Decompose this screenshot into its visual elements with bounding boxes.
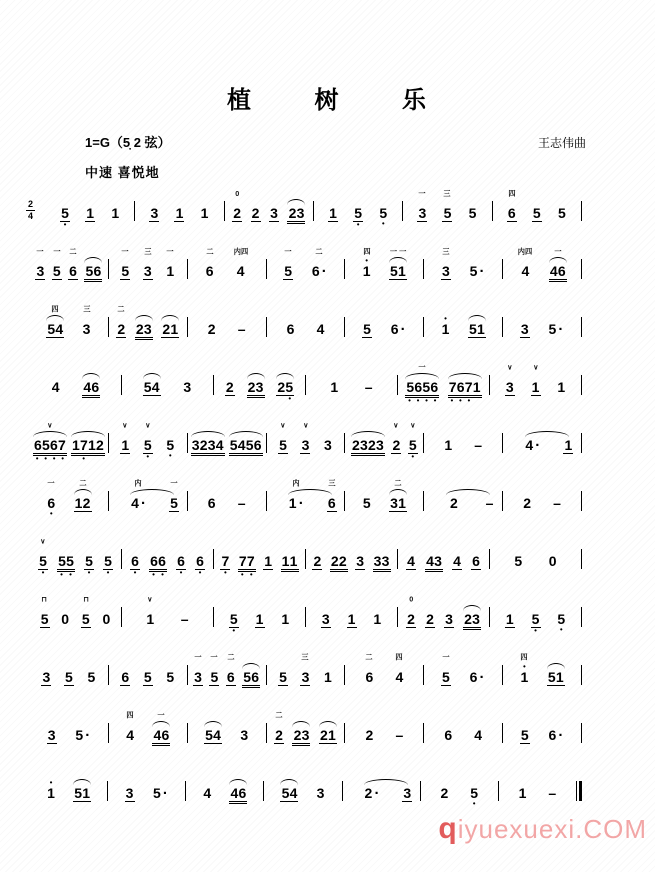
- annotation-mark: [241, 479, 243, 489]
- lower-row: [505, 396, 515, 403]
- note-token: ⊓5: [80, 594, 92, 635]
- annotation-mark: [471, 595, 473, 605]
- note-token: 02: [405, 594, 417, 635]
- measure: 四6 5 5: [493, 188, 581, 229]
- lower-row: [507, 222, 517, 229]
- note-token: 43: [424, 536, 444, 579]
- note-digits: 1: [46, 785, 56, 801]
- octave-dot: •: [448, 398, 456, 404]
- note-token: 5: [519, 710, 531, 751]
- annotation-mark: [169, 421, 171, 431]
- lower-row: [281, 572, 299, 579]
- note-token: 4: [405, 536, 417, 577]
- note-token: 二6: [363, 652, 375, 692]
- note-token: 5•: [530, 594, 542, 635]
- lower-row: [319, 744, 337, 751]
- composer-credit: 王志伟曲: [538, 134, 586, 151]
- lower-row: [274, 744, 284, 751]
- annotation-mark: [366, 479, 368, 489]
- note-digits: 2: [312, 553, 322, 570]
- measure: 内4·一5: [109, 478, 187, 519]
- score-line: ∨5• 55•• 5• 5• 6• 66•• 6• 6• 7• 77•• 1 1…: [30, 536, 582, 576]
- octave-dot: •: [354, 222, 362, 228]
- annotation-mark: 三: [144, 247, 151, 257]
- annotation-mark: [477, 711, 479, 721]
- slur-arc: [364, 779, 408, 785]
- annotation-mark: [320, 769, 322, 779]
- measure: 5 0: [490, 536, 581, 576]
- note-token: 三5: [441, 188, 453, 229]
- measure: 1 –: [306, 362, 397, 402]
- lower-row: [549, 282, 567, 289]
- measure: 6 4: [267, 304, 345, 344]
- note-digits: 1: [347, 611, 357, 628]
- measure: 三3 5·: [424, 246, 502, 287]
- note-token: 6: [442, 710, 454, 750]
- note-token: 5: [142, 652, 154, 693]
- measure: 二2 23 21: [267, 710, 345, 753]
- annotation-mark: [245, 421, 247, 431]
- lower-row: [300, 686, 310, 693]
- slur-arc: [446, 489, 490, 495]
- note-token: 02: [231, 188, 243, 229]
- annotation-mark: [284, 595, 286, 605]
- annotation-mark: [233, 595, 235, 605]
- note-token: 7•: [219, 536, 231, 577]
- lower-row: [41, 686, 51, 693]
- octave-dot: •: [61, 222, 69, 228]
- note-token: 5: [164, 652, 176, 692]
- lower-row: [469, 685, 486, 692]
- barline: [576, 781, 577, 801]
- annotation-mark: [289, 537, 291, 547]
- note-digits: 5: [362, 495, 372, 511]
- note-token: ∨5•: [37, 536, 49, 577]
- annotation-mark: [555, 305, 557, 315]
- octave-dot: •: [406, 398, 414, 404]
- annotation-mark: 内四: [518, 247, 532, 257]
- note-digits: 1: [85, 205, 95, 222]
- note-digits: 46: [229, 785, 247, 804]
- note-digits: 3234: [191, 437, 225, 456]
- key-signature: 1=G（5̣ 2 弦）: [85, 132, 171, 151]
- annotation-mark: 三: [302, 653, 309, 663]
- lower-row: [120, 280, 130, 287]
- note-token: 三3: [299, 652, 311, 693]
- note-digits: 6·: [311, 263, 328, 279]
- annotation-mark: [371, 769, 373, 779]
- annotation-mark: ∨: [47, 421, 52, 431]
- note-digits: 1: [531, 379, 541, 396]
- note-token: 66••: [148, 536, 168, 579]
- annotation-mark: ∨: [148, 595, 153, 605]
- note-token: 一6•: [45, 478, 57, 518]
- measure: 二2 23 21: [109, 304, 187, 347]
- lower-row: [323, 453, 333, 460]
- annotation-mark: [555, 711, 557, 721]
- barline: [581, 607, 582, 627]
- note-token: ∨2: [390, 420, 402, 461]
- annotation-mark: [290, 305, 292, 315]
- annotation-mark: 二: [394, 479, 401, 489]
- annotation-mark: 二: [206, 247, 213, 257]
- note-token: 4: [472, 710, 484, 750]
- note-token: 6: [206, 478, 218, 518]
- note-digits: 0: [548, 553, 558, 569]
- lower-row: [373, 572, 391, 579]
- measure: 54 3: [188, 710, 266, 751]
- annotation-mark: [92, 247, 94, 257]
- lower-row: [441, 280, 451, 287]
- note-digits: 21: [319, 727, 337, 744]
- note-digits: 5: [278, 437, 288, 454]
- lower-row: [110, 221, 120, 228]
- measure: ∨6567•••• 1712 •: [30, 420, 108, 463]
- note-token: 四4: [393, 652, 405, 692]
- note-digits: 1: [120, 437, 130, 454]
- annotation-mark: [560, 595, 562, 605]
- note-digits: 1: [518, 785, 528, 801]
- augmentation-dot: ·: [85, 728, 90, 744]
- lower-row: [321, 628, 331, 635]
- note-digits: 3: [125, 785, 135, 802]
- note-digits: –: [180, 611, 190, 627]
- note-token: 0: [547, 536, 559, 576]
- lower-row: [191, 456, 225, 463]
- lower-row: •: [176, 570, 186, 577]
- lower-row: [350, 801, 394, 808]
- lower-row: [389, 280, 407, 287]
- annotation-mark: [295, 189, 297, 199]
- note-token: 3: [46, 710, 58, 751]
- note-token: 7671•••: [447, 362, 483, 405]
- note-token: 3: [238, 710, 250, 750]
- note-token: 一3: [192, 652, 204, 693]
- note-token: 一5: [208, 652, 220, 693]
- lower-row: [229, 456, 263, 463]
- annotation-mark: [64, 595, 66, 605]
- lower-row: [278, 686, 288, 693]
- lower-row: •: [220, 570, 230, 577]
- annotation-mark: 0: [235, 189, 239, 199]
- measure: 1 –: [424, 420, 502, 460]
- annotation-mark: 一: [419, 189, 426, 199]
- octave-dot: [277, 396, 285, 402]
- annotation-mark: [64, 189, 66, 199]
- note-digits: 5·: [469, 263, 486, 279]
- note-digits: 54: [46, 321, 64, 338]
- annotation-mark: [89, 189, 91, 199]
- note-digits: 4: [202, 785, 212, 801]
- lower-row: [60, 627, 70, 634]
- barline: [581, 259, 582, 279]
- note-token: –: [363, 362, 375, 402]
- note-token: 1: [254, 594, 266, 635]
- augmentation-dot: ·: [322, 264, 327, 280]
- upper-row: [511, 431, 555, 437]
- annotation-mark: [81, 769, 83, 779]
- lower-row: [47, 744, 57, 751]
- annotation-mark: [477, 421, 479, 431]
- measure: 6 5 5: [109, 652, 187, 693]
- annotation-mark: [517, 537, 519, 547]
- lower-row: [292, 746, 310, 753]
- measure: 6 4: [424, 710, 502, 750]
- annotation-mark: [250, 653, 252, 663]
- note-token: 三3: [81, 304, 93, 344]
- lower-row: [263, 570, 273, 577]
- note-token: 2: [250, 188, 262, 229]
- annotation-mark: [319, 305, 321, 315]
- lower-row: [441, 337, 451, 344]
- measure: 1 –: [499, 768, 576, 808]
- note-digits: 3: [323, 437, 333, 453]
- lower-row: •: [103, 570, 113, 577]
- barline: [581, 201, 582, 221]
- lower-row: [327, 512, 337, 519]
- annotation-mark: 二: [227, 653, 234, 663]
- annotation-mark: 一: [211, 653, 218, 663]
- annotation-mark: [561, 189, 563, 199]
- note-token: 一3: [416, 188, 428, 229]
- augmentation-dot: ·: [163, 786, 168, 802]
- octave-dot: •: [104, 570, 112, 576]
- measure: 02 2 3 23: [225, 188, 313, 231]
- note-token: 1: [517, 768, 529, 808]
- lower-row: [280, 627, 290, 634]
- note-token: 77••: [237, 536, 257, 579]
- note-token: 3234: [190, 420, 226, 463]
- note-digits: 5: [520, 727, 530, 744]
- lower-row: [143, 396, 161, 403]
- lower-row: [35, 280, 45, 287]
- lower-row: [531, 396, 541, 403]
- note-digits: 11: [281, 553, 299, 572]
- annotation-mark: [327, 653, 329, 663]
- note-token: 55••: [56, 536, 76, 579]
- annotation-mark: [124, 653, 126, 663]
- annotation-mark: [473, 769, 475, 779]
- annotation-mark: [82, 711, 84, 721]
- annotation-mark: [524, 711, 526, 721]
- note-token: 6: [285, 304, 297, 344]
- note-digits: 5: [209, 669, 219, 686]
- note-token: 四54: [45, 304, 65, 345]
- note-token: 三6: [326, 478, 338, 519]
- measure: ∨1∨5• 5•: [109, 420, 187, 461]
- watermark-rest: iyuexuexi.COM: [458, 814, 647, 844]
- lower-row: [207, 511, 217, 518]
- lower-row: [52, 280, 62, 287]
- note-token: 4·: [510, 420, 556, 460]
- measure: 5• 1 1: [214, 594, 305, 635]
- lower-row: [547, 743, 564, 750]
- barline: [581, 491, 582, 511]
- annotation-mark: [51, 711, 53, 721]
- note-token: –: [236, 304, 248, 344]
- note-token: 51: [467, 304, 487, 345]
- note-token: 5•: [555, 594, 567, 634]
- annotation-mark: [526, 479, 528, 489]
- lower-row: [505, 628, 515, 635]
- annotation-mark: [204, 189, 206, 199]
- note-token: 三3: [440, 246, 452, 287]
- barline: [581, 665, 582, 685]
- measure: 4 43 4 6: [398, 536, 489, 579]
- lower-row: [520, 744, 530, 751]
- lower-row: [229, 804, 247, 811]
- note-digits: 2: [251, 205, 261, 222]
- measure: 一6•二12: [30, 478, 108, 519]
- lower-row: [278, 454, 288, 461]
- lower-row: [46, 801, 56, 808]
- lower-row: [85, 222, 95, 229]
- note-token: 5456: [228, 420, 264, 463]
- augmentation-dot: ·: [480, 670, 485, 686]
- note-digits: 2: [207, 321, 217, 337]
- measure: 内1·三6: [267, 478, 345, 519]
- annotation-mark: 四: [396, 653, 403, 663]
- octave-dot: •: [42, 456, 50, 462]
- lower-row: [269, 222, 279, 229]
- tempo-marking: 中速 喜悦地: [85, 162, 160, 181]
- lower-row: •: [84, 570, 94, 577]
- lower-row: [355, 570, 365, 577]
- lower-row: [237, 337, 247, 344]
- lower-row: [425, 628, 435, 635]
- note-digits: 2: [391, 437, 401, 454]
- note-token: 3: [322, 420, 334, 460]
- note-token: ∨3: [504, 362, 516, 403]
- note-token: 内1·: [273, 478, 319, 518]
- note-token: 22: [329, 536, 349, 579]
- annotation-mark: [153, 189, 155, 199]
- lower-row: [394, 743, 404, 750]
- note-token: 6·: [468, 652, 487, 692]
- final-barline: [576, 768, 582, 801]
- note-token: 6•: [175, 536, 187, 577]
- annotation-mark: 一: [554, 247, 561, 257]
- annotation-mark: 四: [363, 247, 370, 257]
- lower-row: •: [353, 222, 363, 229]
- octave-dot: •: [423, 398, 431, 404]
- note-token: 1: [346, 594, 358, 635]
- annotation-mark: [255, 189, 257, 199]
- note-token: 5: [361, 304, 373, 345]
- measure: 一3三5 5: [403, 188, 491, 229]
- lower-row: [364, 395, 374, 402]
- lower-row: [473, 743, 483, 750]
- annotation-mark: ∨: [507, 363, 512, 373]
- measure: 二6内四4: [188, 246, 266, 286]
- lower-row: [205, 279, 215, 286]
- annotation-mark: [350, 595, 352, 605]
- watermark: qiyuexuexi.COM: [438, 812, 647, 846]
- lower-row: [316, 801, 326, 808]
- note-token: 5·: [151, 768, 170, 808]
- note-digits: 54: [204, 727, 222, 744]
- note-digits: 1: [110, 205, 120, 221]
- score-line: 4 46 54 3 2 23 25 • 1 –一5656•••• 7671•••…: [30, 362, 582, 402]
- annotation-mark: [560, 363, 562, 373]
- annotation-mark: [366, 305, 368, 315]
- annotation-mark: 内: [293, 479, 300, 489]
- annotation-mark: [410, 537, 412, 547]
- lower-row: [200, 221, 210, 228]
- note-digits: 1: [372, 611, 382, 627]
- annotation-mark: [258, 595, 260, 605]
- note-token: 二2: [115, 304, 127, 345]
- note-digits: 1: [329, 379, 339, 395]
- annotation-mark: 四: [508, 189, 515, 199]
- note-digits: 6·: [547, 727, 564, 743]
- note-token: 二12: [73, 478, 93, 519]
- lower-row: •: [229, 628, 239, 635]
- note-token: 3: [181, 362, 193, 402]
- lower-row: ••: [238, 572, 256, 579]
- note-token: 2: [311, 536, 323, 577]
- note-token: 3: [40, 652, 52, 693]
- measure: 一5656•••• 7671•••: [398, 362, 489, 405]
- annotation-mark: ∨: [394, 421, 399, 431]
- lower-row: [251, 222, 261, 229]
- note-token: 5•: [377, 188, 389, 228]
- measure: 3234 5456: [188, 420, 266, 463]
- measure: 一3一5二6 56: [30, 246, 108, 289]
- annotation-mark: 三: [328, 479, 335, 489]
- lower-row: [443, 453, 453, 460]
- note-token: 5•: [164, 420, 176, 460]
- measure: 2 –: [345, 710, 423, 750]
- annotation-mark: [489, 479, 491, 489]
- annotation-mark: [129, 769, 131, 779]
- lower-row: [556, 395, 566, 402]
- note-token: 1: [173, 188, 185, 229]
- lower-row: [74, 743, 91, 750]
- upper-row: [350, 779, 394, 785]
- score-line: 一6•二12内4·一5 6 –内1·三6 5二31 2 – 2 –: [30, 478, 582, 518]
- octave-dot: •: [59, 456, 67, 462]
- note-token: 1: [555, 362, 567, 402]
- annotation-mark: 一 一: [390, 247, 406, 257]
- lower-row: [81, 628, 91, 635]
- note-token: 一1: [164, 246, 176, 286]
- note-token: 3: [320, 594, 332, 635]
- measure: 四4一46: [109, 710, 187, 753]
- lower-row: [204, 744, 222, 751]
- note-token: ⊓5: [39, 594, 51, 635]
- annotation-mark: [406, 769, 408, 779]
- note-token: 23: [462, 594, 482, 637]
- octave-dot: [473, 398, 481, 404]
- measure: ∨5∨3 3: [267, 420, 345, 461]
- note-token: 2·: [349, 768, 395, 808]
- note-token: ∨5: [277, 420, 289, 461]
- note-token: ∨6567••••: [32, 420, 68, 463]
- annotation-mark: ⊓: [42, 595, 48, 605]
- annotation-mark: [151, 363, 153, 373]
- lower-row: [547, 337, 564, 344]
- note-digits: 23: [463, 611, 481, 630]
- annotation-mark: 一: [48, 479, 55, 489]
- annotation-mark: [211, 305, 213, 315]
- annotation-mark: [536, 189, 538, 199]
- note-token: 46: [81, 362, 101, 405]
- note-digits: 23: [287, 205, 305, 224]
- score-line: ⊓5 0⊓5 0∨1 – 5• 1 1 3 1 102 2 3 23 1 5• …: [30, 594, 582, 634]
- note-digits: –: [552, 495, 562, 511]
- note-token: 1: [442, 420, 454, 460]
